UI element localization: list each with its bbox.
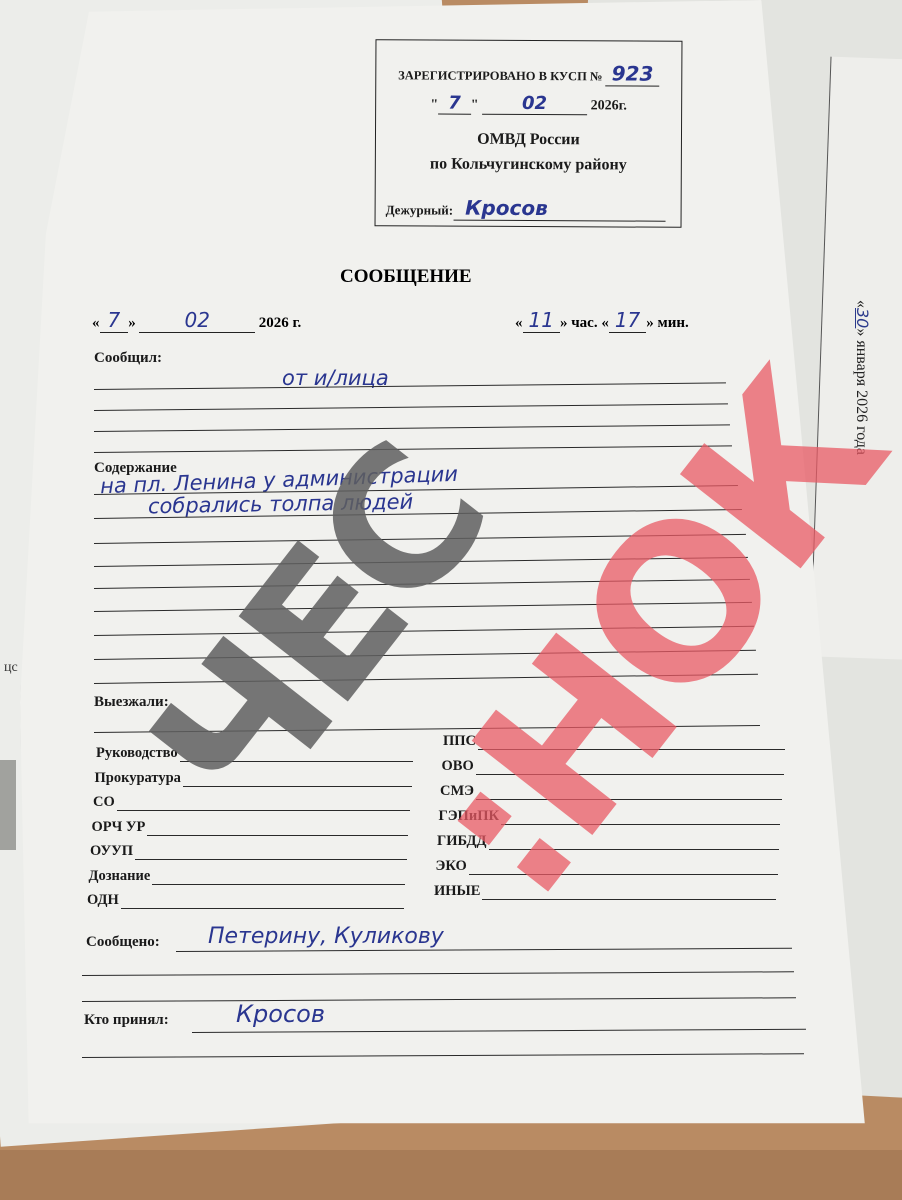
received-by-line: [192, 1029, 806, 1034]
reported-by-line-3: [94, 424, 730, 432]
field-label: Дознание: [89, 868, 151, 885]
field-label: ЭКО: [436, 858, 467, 875]
stamp-duty-officer: Дежурный:Кросов: [376, 195, 691, 222]
departed-гэпипк: ГЭПиПК: [439, 808, 781, 825]
field-blank: [469, 860, 778, 875]
stamp-org-line2: по Кольчугинскому району: [376, 155, 681, 175]
departed-дознание: Дознание: [89, 868, 406, 885]
notified-label: Сообщено:: [86, 934, 160, 951]
form-minute: 17: [609, 308, 646, 333]
field-blank: [482, 885, 776, 900]
reported-by-line-2: [94, 403, 728, 411]
departed-одн: ОДН: [87, 892, 404, 909]
field-blank: [489, 835, 779, 850]
report-form-content: ЗАРЕГИСТРИРОВАНО В КУСП № 923 "7" 02 202…: [0, 0, 902, 1200]
field-label: ППС: [443, 733, 476, 750]
field-blank: [135, 845, 407, 860]
received-by-line: [82, 1053, 804, 1058]
field-label: ОВО: [442, 758, 474, 775]
form-title: СООБЩЕНИЕ: [340, 266, 472, 288]
stamp-date: "7" 02 2026г.: [376, 92, 681, 115]
field-label: ГЭПиПК: [439, 808, 500, 825]
form-month: 02: [139, 308, 254, 333]
departed-иные: ИНЫЕ: [434, 883, 776, 900]
stamp-day: 7: [438, 93, 471, 115]
notified-line: [82, 971, 794, 976]
content-line: [94, 557, 748, 568]
departed-смэ: СМЭ: [440, 783, 782, 800]
field-blank: [478, 735, 785, 750]
departed-со: СО: [93, 794, 410, 811]
departed-руководство: Руководство: [96, 745, 413, 762]
field-blank: [180, 747, 413, 762]
field-label: ОРЧ УР: [92, 819, 146, 836]
field-label: Руководство: [96, 745, 178, 762]
field-label: ОУУП: [90, 843, 133, 860]
notified-line: [82, 997, 796, 1002]
received-by-signature: Кросов: [236, 1000, 325, 1028]
content-line: [94, 579, 750, 590]
field-label: СО: [93, 794, 115, 811]
stamp-month: 02: [482, 93, 587, 116]
field-label: ИНЫЕ: [434, 883, 480, 900]
departed-ппс: ППС: [443, 733, 785, 750]
field-label: Прокуратура: [95, 770, 181, 787]
field-blank: [117, 796, 410, 811]
stamp-org-line1: ОМВД России: [376, 130, 681, 150]
content-line: [94, 626, 754, 637]
field-blank: [152, 870, 405, 885]
departed-эко: ЭКО: [436, 858, 778, 875]
content-line: [94, 650, 756, 661]
reported-by-line-4: [94, 445, 732, 453]
kusp-number: 923: [606, 61, 660, 86]
content-line: [94, 602, 752, 613]
field-blank: [476, 760, 784, 775]
field-label: СМЭ: [440, 783, 474, 800]
field-blank: [476, 785, 782, 800]
departed-оууп: ОУУП: [90, 843, 407, 860]
departed-ово: ОВО: [442, 758, 784, 775]
received-by-label: Кто принял:: [84, 1012, 169, 1029]
field-blank: [121, 894, 404, 909]
reported-by-line-1: [94, 382, 726, 390]
field-label: ОДН: [87, 892, 119, 909]
registration-stamp: ЗАРЕГИСТРИРОВАНО В КУСП № 923 "7" 02 202…: [375, 39, 683, 228]
notified-value: Петерину, Куликову: [208, 924, 444, 949]
departed-гибдд: ГИБДД: [437, 833, 779, 850]
form-date: «7» 02 2026 г.: [92, 308, 301, 332]
departed-прокуратура: Прокуратура: [95, 770, 412, 787]
field-blank: [147, 821, 408, 836]
reported-by-label: Сообщил:: [94, 350, 162, 367]
content-line: [94, 674, 758, 685]
field-blank: [183, 772, 412, 787]
form-hour: 11: [523, 308, 560, 333]
form-day: 7: [100, 308, 129, 333]
stamp-title: ЗАРЕГИСТРИРОВАНО В КУСП № 923: [376, 60, 681, 86]
departed-орч-ур: ОРЧ УР: [92, 819, 409, 836]
departed-label: Выезжали:: [94, 694, 169, 711]
duty-signature: Кросов: [453, 196, 665, 222]
field-blank: [501, 810, 780, 825]
content-line: [94, 534, 746, 544]
form-time: «11» час. «17» мин.: [515, 308, 689, 332]
field-label: ГИБДД: [437, 833, 487, 850]
